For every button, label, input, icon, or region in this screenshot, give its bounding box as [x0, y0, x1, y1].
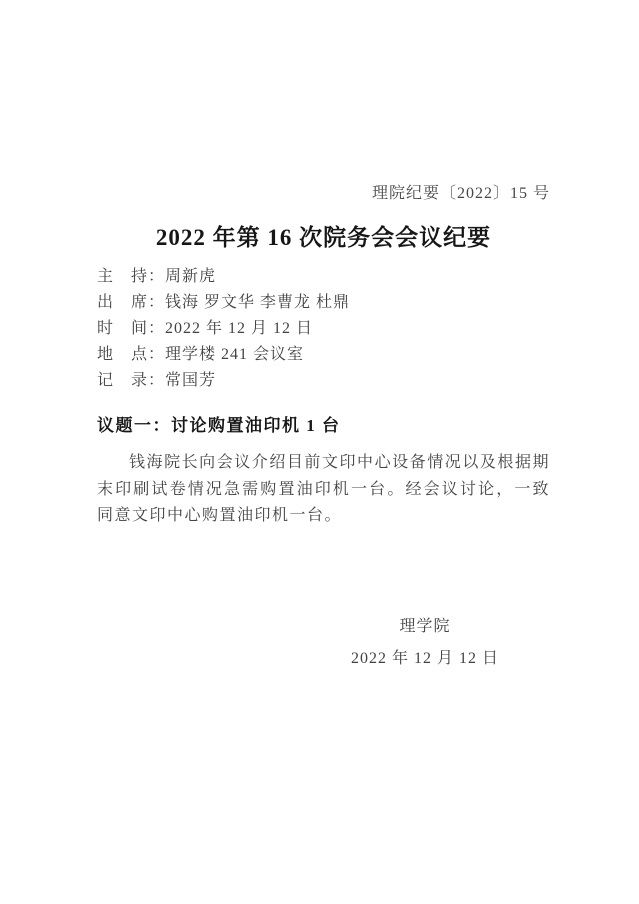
- meta-label-recorder: 记 录：: [97, 368, 165, 394]
- meta-row-location: 地 点：理学楼 241 会议室: [97, 342, 550, 368]
- meta-value-time: 2022 年 12 月 12 日: [165, 320, 313, 337]
- document-page: 理院纪要〔2022〕15 号 2022 年第 16 次院务会会议纪要 主 持：周…: [0, 0, 639, 904]
- meta-label-time: 时 间：: [97, 316, 165, 342]
- meta-value-location: 理学楼 241 会议室: [165, 346, 304, 363]
- meta-row-host: 主 持：周新虎: [97, 264, 550, 290]
- document-title: 2022 年第 16 次院务会会议纪要: [97, 223, 550, 253]
- signature-organization: 理学院: [347, 611, 503, 643]
- meta-value-host: 周新虎: [165, 268, 216, 285]
- meta-section: 主 持：周新虎 出 席：钱海 罗文华 李曹龙 杜鼎 时 间：2022 年 12 …: [97, 264, 550, 394]
- meta-label-attendees: 出 席：: [97, 290, 165, 316]
- meta-value-recorder: 常国芳: [165, 372, 216, 389]
- meta-label-host: 主 持：: [97, 264, 165, 290]
- topic-1-heading: 议题一：讨论购置油印机 1 台: [97, 414, 550, 438]
- doc-number: 理院纪要〔2022〕15 号: [97, 0, 550, 203]
- signature-block: 理学院 2022 年 12 月 12 日: [347, 611, 503, 675]
- meta-row-time: 时 间：2022 年 12 月 12 日: [97, 316, 550, 342]
- meta-row-recorder: 记 录：常国芳: [97, 368, 550, 394]
- topic-1-body: 钱海院长向会议介绍目前文印中心设备情况以及根据期末印刷试卷情况急需购置油印机一台…: [97, 450, 550, 530]
- signature-date: 2022 年 12 月 12 日: [347, 643, 503, 675]
- meta-value-attendees: 钱海 罗文华 李曹龙 杜鼎: [165, 294, 350, 311]
- meta-row-attendees: 出 席：钱海 罗文华 李曹龙 杜鼎: [97, 290, 550, 316]
- meta-label-location: 地 点：: [97, 342, 165, 368]
